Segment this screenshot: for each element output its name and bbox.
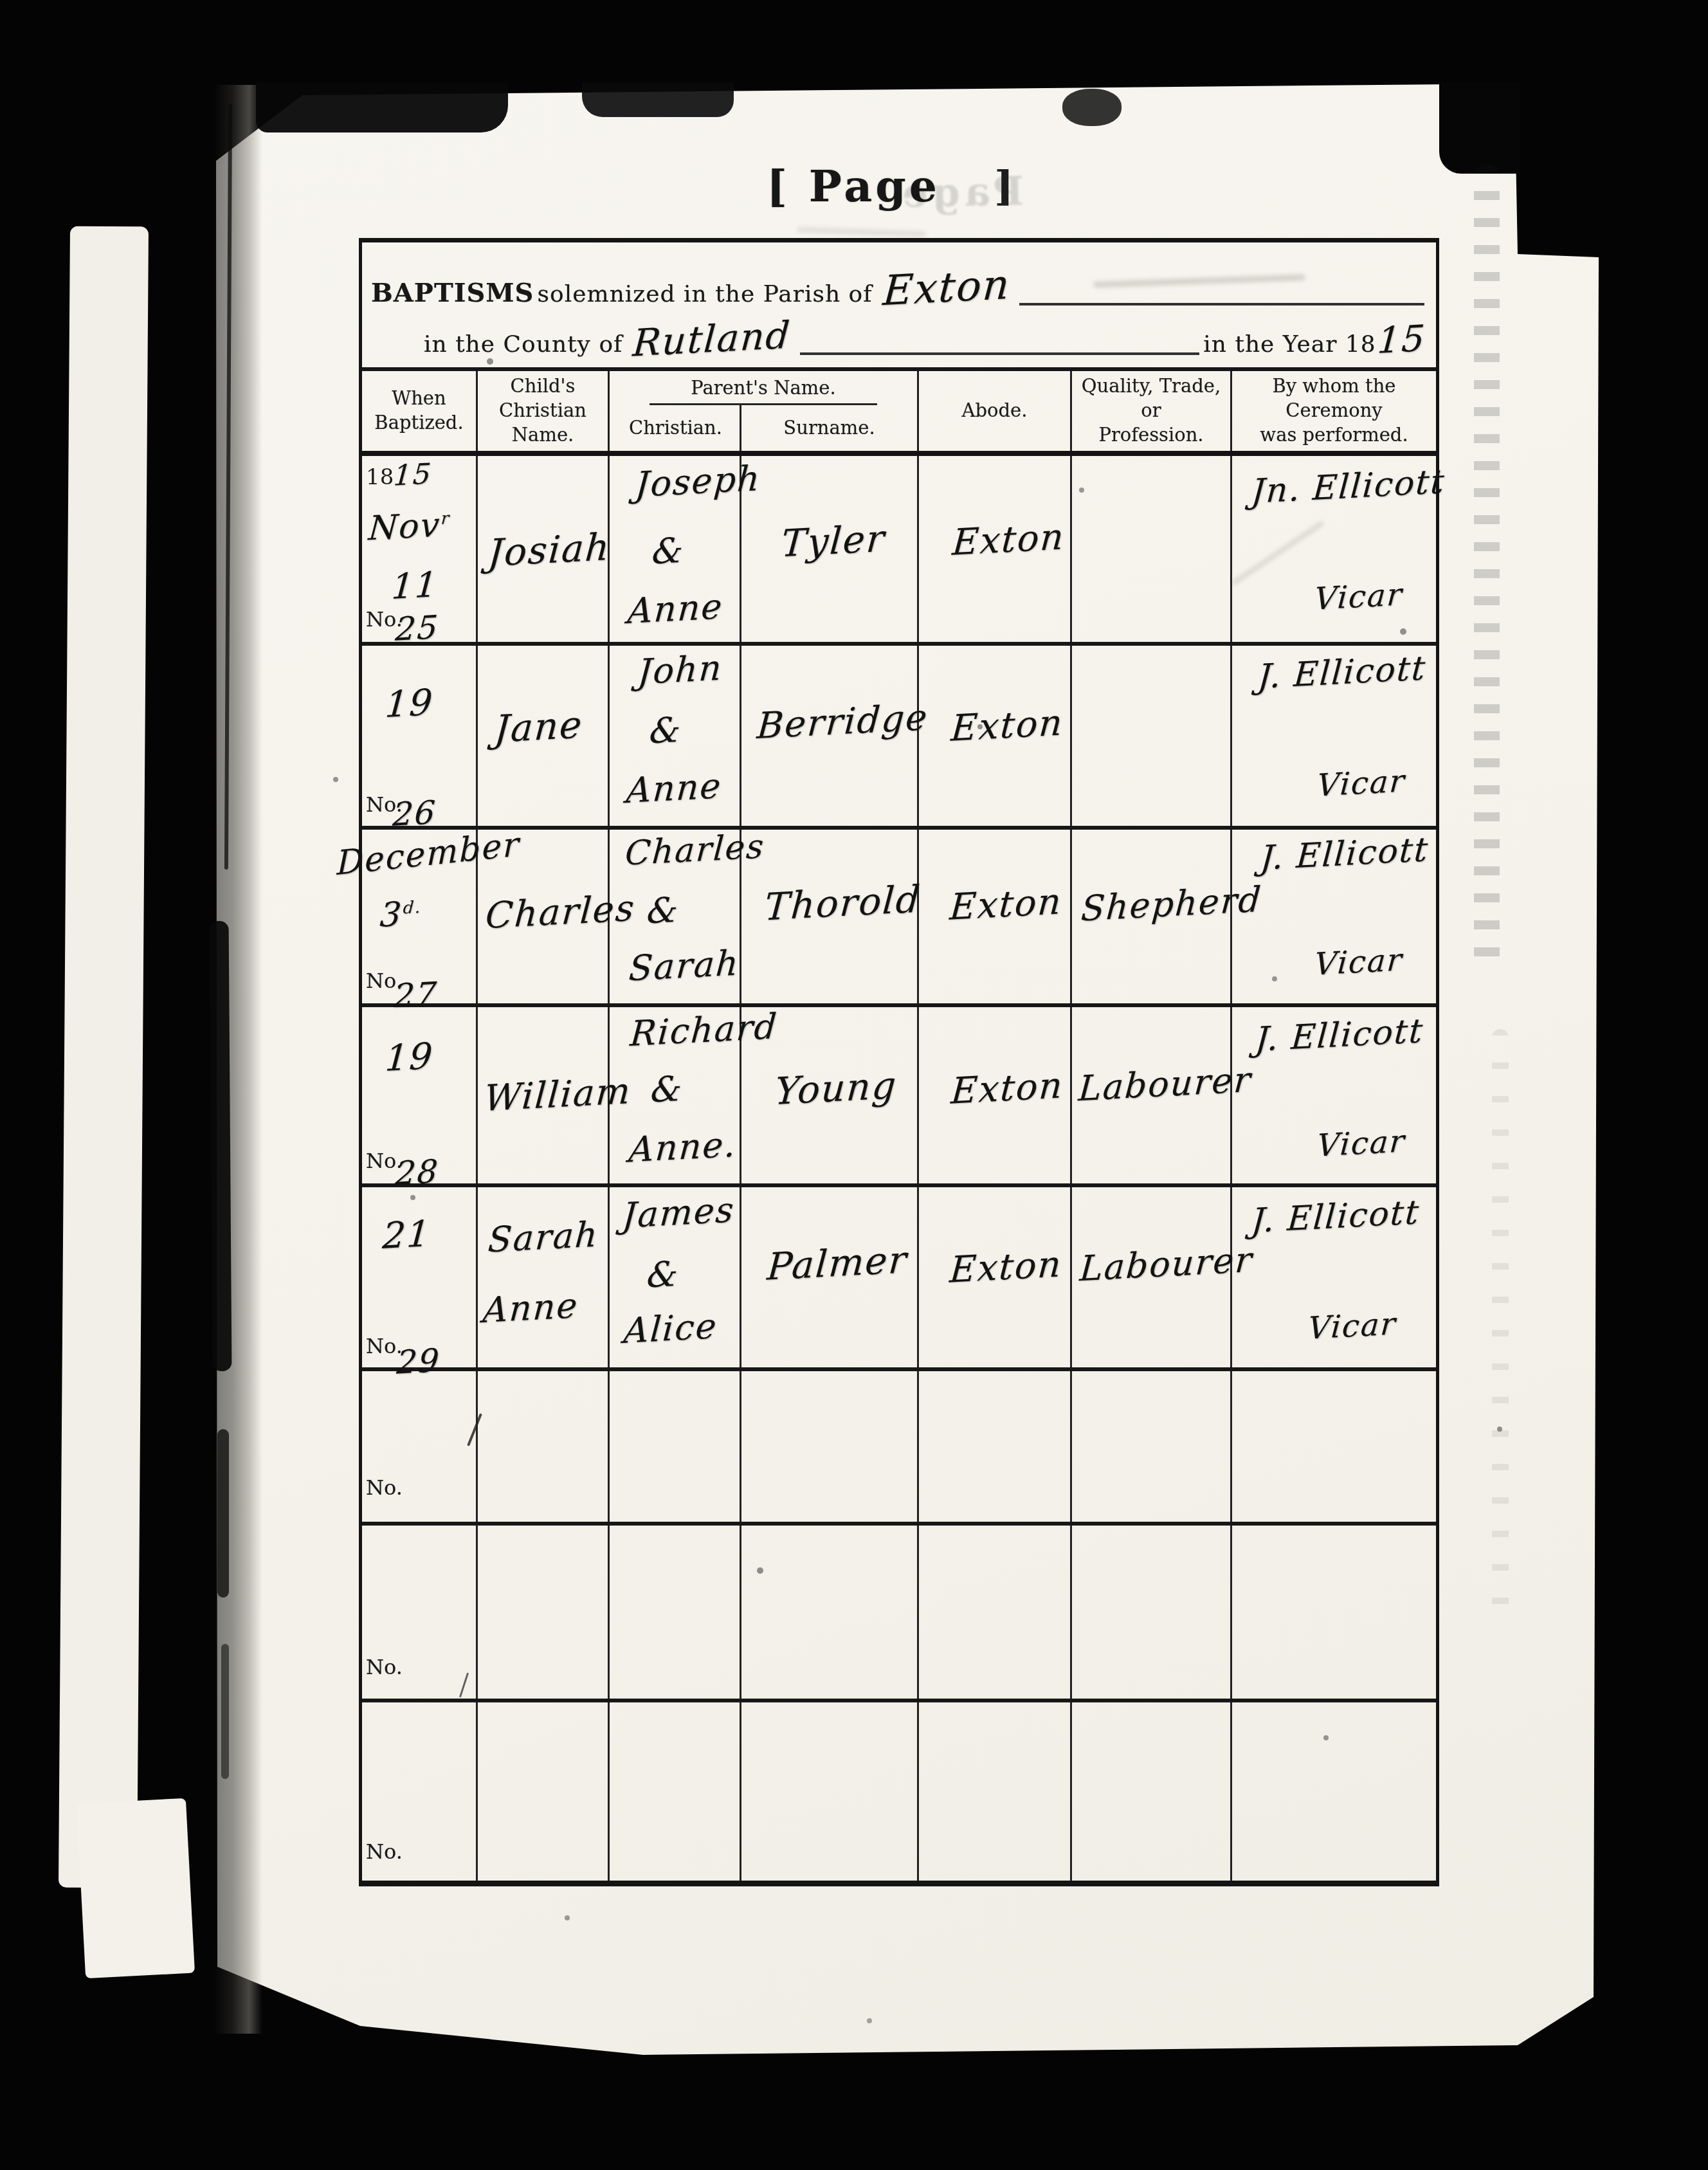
- header-line: was performed.: [1260, 423, 1408, 448]
- minister-title: Vicar: [1317, 1126, 1406, 1162]
- entry-day: 3d.: [380, 895, 421, 934]
- year-handwritten: 15: [1376, 318, 1428, 362]
- county-name-handwritten: Rutland: [631, 313, 792, 365]
- ink-blotch: [1062, 89, 1122, 126]
- entry-child-name: William: [484, 1074, 631, 1116]
- header-line: Parent's Name.: [691, 376, 835, 401]
- col-header-quality: Quality, Trade, or Profession.: [1072, 371, 1232, 451]
- year-printed: 18: [366, 464, 394, 490]
- table-row: 19 No. 28 William Richard & Anne. Young …: [362, 1007, 1436, 1187]
- ruled-blank-line: [1019, 287, 1424, 305]
- no-label: No.: [366, 1655, 403, 1679]
- cell-when-baptized: December 3d. No. 27: [362, 830, 478, 1003]
- table-row: December 3d. No. 27 Charles Charles & Sa…: [362, 830, 1436, 1007]
- minister-title: Vicar: [1308, 1308, 1397, 1344]
- cell-abode: [919, 1526, 1072, 1699]
- entry-quality: Labourer: [1078, 1064, 1252, 1104]
- cell-child-name: William: [478, 1007, 610, 1183]
- ruled-blank-line: [800, 337, 1199, 355]
- table-row: No.: [362, 1371, 1436, 1526]
- cell-quality: [1072, 646, 1232, 826]
- cell-abode: Exton: [919, 456, 1072, 642]
- cell-parent-christian: James & Alice: [610, 1187, 741, 1367]
- cell-surname: [741, 1371, 919, 1522]
- under-sheet-left-edge: [59, 226, 149, 1888]
- cell-surname: [741, 1702, 919, 1881]
- minister-signature: J. Ellicott: [1260, 835, 1429, 873]
- title-year-text: in the Year 18: [1203, 331, 1376, 358]
- table-row: 1815 Novr 11 No. 25 Josiah Joseph & Anne…: [362, 456, 1436, 646]
- entry-quality: Shepherd: [1081, 884, 1262, 924]
- cell-quality: [1072, 1702, 1232, 1881]
- entry-year: 1815: [366, 459, 432, 491]
- entry-child-name: Sarah: [488, 1217, 599, 1257]
- year-handwritten: 15: [393, 457, 434, 492]
- entry-ampersand: &: [650, 710, 682, 751]
- cell-surname: Thorold: [741, 830, 919, 1003]
- cell-child-name: [478, 1526, 610, 1699]
- table-row: 21 No. 29 Sarah Anne James & Alice Palme…: [362, 1187, 1436, 1371]
- col-header-when-baptized: When Baptized.: [362, 371, 478, 451]
- cell-parent-christian: [610, 1526, 741, 1699]
- cell-minister: J. Ellicott Vicar: [1232, 1187, 1436, 1367]
- cell-abode: Exton: [919, 1007, 1072, 1183]
- header-line: Child's: [511, 374, 576, 399]
- cell-when-baptized: 1815 Novr 11 No. 25: [362, 456, 478, 642]
- entry-ampersand: &: [647, 890, 679, 931]
- entry-parent-2: Alice: [624, 1308, 718, 1349]
- cell-when-baptized: No.: [362, 1526, 478, 1699]
- left-ink-streak: [217, 1429, 229, 1598]
- title-line-2: in the County of Rutland in the Year 18 …: [424, 317, 1426, 358]
- cell-abode: [919, 1702, 1072, 1881]
- cell-when-baptized: No.: [362, 1702, 478, 1881]
- cell-surname: Palmer: [741, 1187, 919, 1367]
- entry-parent-1: James: [622, 1192, 735, 1233]
- scan-canvas: [ Page Page ] BAPTISMS solemnized in the…: [0, 0, 1708, 2170]
- cell-minister: [1232, 1371, 1436, 1522]
- cell-surname: [741, 1526, 919, 1699]
- no-label: No.: [366, 1839, 403, 1864]
- left-ink-streak: [210, 921, 232, 1371]
- col-header-abode: Abode.: [919, 371, 1072, 451]
- cell-parent-christian: Joseph & Anne: [610, 456, 741, 642]
- col-header-surname: Surname.: [741, 405, 917, 451]
- right-edge-speckle: [1474, 164, 1500, 974]
- page-bracket-close: ]: [994, 162, 1013, 210]
- entry-child-name: Josiah: [488, 528, 610, 572]
- cell-abode: [919, 1371, 1072, 1522]
- header-line: Christian Name.: [478, 399, 608, 447]
- cell-when-baptized: No.: [362, 1371, 478, 1522]
- table-row: No.: [362, 1526, 1436, 1702]
- entry-child-name: Charles: [486, 891, 635, 933]
- header-line: or: [1141, 399, 1161, 423]
- cell-surname: Berridge: [741, 646, 919, 826]
- register-title-band: BAPTISMS solemnized in the Parish of Ext…: [362, 242, 1436, 371]
- minister-signature: J. Ellicott: [1258, 653, 1426, 692]
- entry-abode: Exton: [951, 705, 1064, 747]
- entry-day: 21: [383, 1214, 431, 1256]
- entry-child-name-2: Anne: [483, 1288, 579, 1328]
- entry-ampersand: &: [647, 1254, 679, 1295]
- parents-subheaders: Christian. Surname.: [610, 405, 917, 451]
- cell-abode: Exton: [919, 646, 1072, 826]
- right-edge-speckle: [1492, 1029, 1509, 1621]
- cell-parent-christian: [610, 1371, 741, 1522]
- cell-abode: Exton: [919, 830, 1072, 1003]
- minister-title: Vicar: [1314, 944, 1403, 980]
- cell-minister: J. Ellicott Vicar: [1232, 830, 1436, 1003]
- entry-surname: Berridge: [757, 701, 929, 743]
- cell-quality: Labourer: [1072, 1187, 1232, 1367]
- col-header-childs-name: Child's Christian Name.: [478, 371, 610, 451]
- entry-no-number: 25: [395, 610, 439, 647]
- cell-child-name: Jane: [478, 646, 610, 826]
- entry-surname: Thorold: [765, 881, 921, 925]
- cell-quality: Labourer: [1072, 1007, 1232, 1183]
- cell-when-baptized: 19 No. 26: [362, 646, 478, 826]
- entry-surname: Palmer: [767, 1241, 908, 1285]
- entry-parent-2: Anne: [626, 768, 722, 808]
- col-header-by-whom: By whom the Ceremony was performed.: [1232, 371, 1436, 451]
- table-row: 19 No. 26 Jane John & Anne Berridge Exto…: [362, 646, 1436, 830]
- cell-surname: Tyler: [741, 456, 919, 642]
- minister-signature: Jn. Ellicott: [1251, 468, 1445, 506]
- header-line: Abode.: [962, 399, 1028, 423]
- entry-month: Novr: [368, 507, 450, 546]
- header-line: Baptized.: [374, 411, 463, 435]
- title-line1-text: solemnized in the Parish of: [538, 281, 873, 307]
- entry-parent-1: Charles: [625, 831, 765, 870]
- cell-parent-christian: John & Anne: [610, 646, 741, 826]
- entry-no-number: 28: [395, 1154, 439, 1191]
- header-line: When: [392, 387, 446, 411]
- cell-child-name: Sarah Anne: [478, 1187, 610, 1367]
- ink-blotch: [1439, 82, 1520, 174]
- entry-parent-1: Joseph: [635, 461, 761, 502]
- entry-quality: Labourer: [1080, 1244, 1253, 1284]
- cell-child-name: [478, 1702, 610, 1881]
- col-header-parents-name: Parent's Name. Christian. Surname.: [610, 371, 919, 451]
- entry-day: 11: [392, 565, 439, 606]
- no-label: No.: [366, 1475, 403, 1500]
- cell-quality: [1072, 1526, 1232, 1699]
- left-ink-streak: [221, 1644, 229, 1779]
- cell-minister: J. Ellicott Vicar: [1232, 1007, 1436, 1183]
- cell-abode: Exton: [919, 1187, 1072, 1367]
- entry-surname: Tyler: [781, 519, 886, 563]
- table-row: No.: [362, 1702, 1436, 1881]
- entry-no-number: 26: [393, 795, 437, 832]
- entry-abode: Exton: [951, 1068, 1064, 1109]
- title-baptisms: BAPTISMS: [371, 278, 534, 308]
- ink-blotch: [582, 82, 734, 117]
- header-line: Profession.: [1098, 423, 1203, 448]
- entry-abode: Exton: [950, 1246, 1062, 1288]
- title-county-text: in the County of: [424, 331, 622, 358]
- under-sheet-corner: [77, 1798, 195, 1979]
- title-line-1: BAPTISMS solemnized in the Parish of Ext…: [371, 264, 1428, 308]
- parish-name-handwritten: Exton: [881, 261, 1012, 316]
- cell-minister: [1232, 1526, 1436, 1699]
- entry-child-name: Jane: [495, 705, 583, 749]
- entry-month: December: [336, 835, 521, 873]
- entry-no-number: 27: [394, 976, 438, 1014]
- entry-ampersand: &: [651, 1069, 683, 1109]
- cell-minister: [1232, 1702, 1436, 1881]
- col-header-christian: Christian.: [610, 405, 741, 451]
- entry-abode: Exton: [952, 519, 1065, 561]
- entry-parent-2: Anne.: [629, 1127, 737, 1167]
- entry-parent-2: Sarah: [629, 945, 740, 986]
- entry-no-number: 29: [397, 1343, 441, 1380]
- ink-blotch: [256, 82, 508, 132]
- minister-title: Vicar: [1314, 579, 1403, 615]
- entry-parent-1: John: [638, 650, 723, 690]
- baptism-register-table: BAPTISMS solemnized in the Parish of Ext…: [359, 238, 1439, 1886]
- entry-abode: Exton: [950, 884, 1062, 925]
- entry-parent-1: Richard: [630, 1010, 778, 1050]
- cell-minister: Jn. Ellicott Vicar: [1232, 456, 1436, 642]
- cell-quality: Shepherd: [1072, 830, 1232, 1003]
- dust-flecks: [0, 0, 3, 3]
- cell-parent-christian: [610, 1702, 741, 1881]
- header-line: By whom the: [1272, 374, 1395, 399]
- header-line: Quality, Trade,: [1082, 374, 1221, 399]
- entry-day: 19: [385, 1037, 433, 1079]
- cell-when-baptized: 19 No. 28: [362, 1007, 478, 1183]
- minister-title: Vicar: [1317, 765, 1406, 801]
- cell-when-baptized: 21 No. 29: [362, 1187, 478, 1367]
- minister-signature: J. Ellicott: [1251, 1198, 1420, 1236]
- minister-signature: J. Ellicott: [1255, 1016, 1424, 1055]
- cell-child-name: Josiah: [478, 456, 610, 642]
- entry-parent-2: Anne: [628, 588, 723, 629]
- entry-day: 19: [385, 683, 433, 725]
- cell-quality: [1072, 1371, 1232, 1522]
- entry-ampersand: &: [652, 531, 684, 571]
- entry-surname: Young: [775, 1066, 897, 1110]
- cell-quality: [1072, 456, 1232, 642]
- cell-child-name: [478, 1371, 610, 1522]
- cell-minister: J. Ellicott Vicar: [1232, 646, 1436, 826]
- column-header-row: When Baptized. Child's Christian Name. P…: [362, 371, 1436, 456]
- header-line: Ceremony: [1286, 399, 1382, 423]
